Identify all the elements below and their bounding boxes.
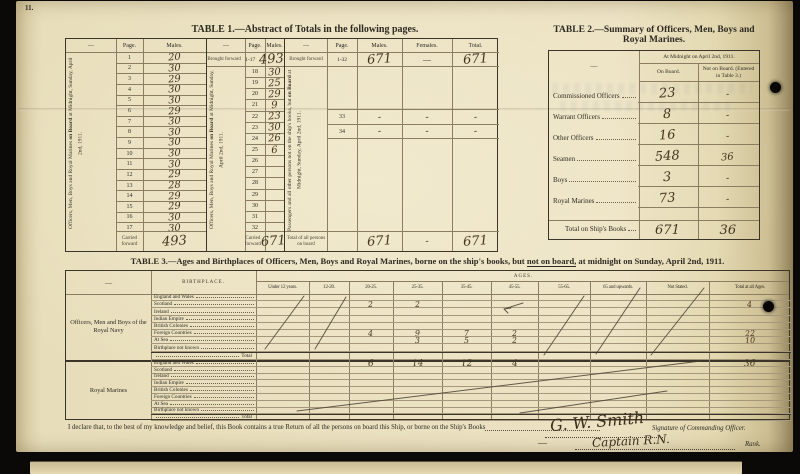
table3-title-text: at midnight on Sunday, April 2nd, 1911.: [576, 256, 724, 266]
age-value-cell: [709, 408, 791, 414]
age-value-cell: [709, 374, 791, 380]
page-number: 24: [245, 136, 265, 142]
age-value-cell: 5: [442, 330, 491, 336]
age-column-header: 65 and upwards.: [590, 281, 646, 294]
page-number: 26: [245, 158, 265, 164]
age-value-cell: [349, 360, 393, 366]
age-value-cell: [442, 394, 491, 400]
birthplace-label: At Sea: [154, 337, 168, 343]
birthplace-label: England and Wales: [154, 360, 194, 366]
table1a-header-row: — Page. Males.: [66, 39, 206, 53]
corner-dash: —: [285, 43, 327, 49]
total-label-cell: Total: [151, 353, 256, 359]
table2-summary: — At Midnight on April 2nd, 1911. On Boa…: [548, 50, 760, 240]
category-label-cell: Other Officers: [549, 134, 638, 145]
age-value-cell: [709, 308, 791, 314]
age-value-cell: [538, 301, 590, 307]
age-value-cell: [309, 374, 349, 380]
not-on-board-value: 36: [721, 153, 734, 163]
age-value-cell: [538, 394, 590, 400]
table1a-rows: 1202303294305306297308309301030113012291…: [116, 53, 206, 233]
total-males-value: 671: [357, 234, 403, 248]
age-value-cell: [538, 294, 590, 300]
page-number: 25: [245, 147, 265, 153]
age-value-cell: [442, 301, 491, 307]
table1-title: TABLE 1.—Abstract of Totals in the follo…: [70, 24, 540, 35]
age-value-cell: [393, 380, 442, 386]
side-label-text: Officers, Men, Boys and Royal Marines: [209, 140, 215, 229]
birthplace-cell: Ireland: [151, 374, 256, 380]
page-number: 8: [116, 129, 143, 135]
age-column-header: 45-55.: [491, 281, 538, 294]
age-value-cell: [442, 367, 491, 373]
age-value-cell: [590, 380, 646, 386]
page-number: 10: [116, 151, 143, 157]
declaration-text: I declare that, to the best of my knowle…: [68, 424, 485, 431]
age-value-cell: [646, 330, 709, 336]
age-value-cell: [709, 360, 791, 366]
age-value-cell: [491, 294, 538, 300]
table1-section-pages-1-17: — Page. Males. Officers, Men, Boys and R…: [66, 39, 206, 251]
not-on-board-cell: -: [697, 126, 759, 145]
brought-forward-value: 493: [259, 53, 285, 66]
age-value-cell: [646, 323, 709, 329]
total-total-value: 671: [452, 234, 500, 248]
brought-forward-label: Brought forward: [207, 57, 241, 63]
page-number: 12: [116, 172, 143, 178]
total-column-header: Total.: [452, 43, 499, 49]
on-board-value: 8: [663, 109, 672, 121]
page-number: 28: [245, 180, 265, 186]
males-value: [265, 216, 284, 217]
age-value-cell: [256, 301, 309, 307]
age-value-cell: [349, 344, 393, 350]
total-persons-label: Total of all persons on board: [285, 236, 327, 247]
males-value: [265, 227, 284, 228]
page-number: 15: [116, 204, 143, 210]
birthplace-cell: At Sea: [151, 401, 256, 407]
table1b-rows: 1830192520292192223233024262562627282930…: [245, 67, 284, 233]
age-column-header: Not Stated.: [646, 281, 709, 294]
age-value-cell: [349, 394, 393, 400]
table1b-carried-forward-row: Carried forward 671: [245, 231, 284, 251]
age-value-cell: [590, 401, 646, 407]
age-value-cell: [491, 408, 538, 414]
age-value-cell: [442, 387, 491, 393]
category-label: Royal Marines: [553, 197, 594, 205]
total-value-cell: [590, 353, 646, 359]
side-label-text: Passengers and all other persons not on …: [287, 97, 293, 231]
rank-dash: —: [538, 438, 547, 448]
table-row: 329: [116, 73, 206, 84]
age-value-cell: [590, 323, 646, 329]
table-row: 26: [245, 155, 284, 166]
age-value-cell: [538, 360, 590, 366]
age-value-cell: [349, 374, 393, 380]
table2-total-row: Total on Ship's Books 671 36: [549, 220, 759, 239]
age-value-cell: [590, 301, 646, 307]
page-number: 14: [116, 193, 143, 199]
table-row: 28: [245, 177, 284, 188]
total-value-cell: [309, 415, 349, 420]
table1c-total-row: Total of all persons on board 671 - 671: [285, 231, 499, 251]
age-value-cell: [491, 360, 538, 366]
age-value-cell: [393, 401, 442, 407]
table-row: 34---: [327, 124, 499, 139]
table3-title: TABLE 3.—Ages and Birthplaces of Officer…: [65, 256, 790, 266]
not-on-board-header: Not on Board. (Entered in Table 3.): [698, 64, 759, 82]
table1b-brought-forward-row: Brought forward 1-17 493: [207, 53, 284, 67]
age-value-cell: [646, 401, 709, 407]
birthplace-cell: Foreign Countries: [151, 330, 256, 336]
age-value-cell: [491, 374, 538, 380]
females-value: -: [402, 125, 453, 137]
age-value-cell: [393, 337, 442, 343]
page-number: 20: [245, 91, 265, 97]
age-value-cell: [491, 308, 538, 314]
not-on-board-cell: -: [697, 189, 759, 208]
birthplace-label: British Colonies: [154, 387, 188, 393]
next-page-edge: [30, 461, 742, 474]
age-value-cell: [442, 294, 491, 300]
rank-label: Rank.: [745, 441, 761, 448]
table2-title: TABLE 2.—Summary of Officers, Men, Boys …: [546, 26, 762, 46]
age-value-cell: [538, 367, 590, 373]
age-value-cell: [349, 330, 393, 336]
age-value-cell: [256, 367, 309, 373]
males-value: 6: [265, 145, 285, 155]
table-row: 2330: [245, 122, 284, 133]
total-females-value: -: [402, 235, 453, 247]
age-value-cell: [349, 387, 393, 393]
age-value-cell: [349, 316, 393, 322]
on-board-cell: 23: [638, 84, 696, 103]
age-value-cell: [256, 380, 309, 386]
males-value: [265, 172, 284, 173]
age-value-cell: [538, 374, 590, 380]
age-value-cell: [538, 344, 590, 350]
page-number: 13: [116, 183, 143, 189]
total-value-cell: [393, 415, 442, 420]
on-board-value: 3: [663, 172, 672, 184]
on-board-header: On Board.: [639, 64, 698, 82]
table-row: 830: [116, 126, 206, 137]
age-value-cell: [309, 308, 349, 314]
age-value-cell: [590, 367, 646, 373]
age-value-cell: [590, 330, 646, 336]
birthplace-label: Scotland: [154, 301, 172, 307]
age-value-cell: [538, 387, 590, 393]
birthplace-cell: British Colonies: [151, 323, 256, 329]
birthplace-cell: At Sea: [151, 337, 256, 343]
total-value-cell: [709, 415, 791, 420]
females-column-header: Females.: [402, 43, 452, 49]
age-value-cell: [256, 408, 309, 414]
birthplace-label: At Sea: [154, 401, 168, 407]
birthplace-label: Foreign Countries: [154, 330, 192, 336]
punch-hole-top: [770, 82, 781, 93]
age-column-header: 55-65.: [538, 281, 590, 294]
table-row: 230: [116, 63, 206, 74]
males-value: [265, 161, 284, 162]
table1c-rows: 33---34---: [327, 109, 499, 139]
age-value-cell: [590, 344, 646, 350]
category-label: Seamen: [553, 155, 575, 163]
males-value: 9: [265, 100, 285, 110]
age-value-cell: [309, 337, 349, 343]
not-on-board-value: -: [726, 174, 730, 183]
age-value-cell: [309, 323, 349, 329]
table-row: 1429: [116, 190, 206, 201]
age-value-cell: [442, 344, 491, 350]
table-row: Commissioned Officers23-: [549, 82, 759, 103]
males-value: -: [357, 125, 403, 137]
category-label-cell: Royal Marines: [549, 197, 638, 208]
age-value-cell: [491, 344, 538, 350]
table1a-carried-forward-row: Carried forward 493: [116, 231, 206, 251]
total-value-cell: 12: [442, 353, 491, 359]
corner-dash: —: [207, 43, 245, 49]
ages-header: AGES.: [256, 271, 791, 281]
table-row: 930: [116, 137, 206, 148]
age-value-cell: [309, 367, 349, 373]
not-on-board-value: -: [726, 90, 730, 99]
age-value-cell: [590, 360, 646, 366]
males-value: -: [357, 111, 403, 123]
birthplace-cell: Indian Empire: [151, 380, 256, 386]
age-value-cell: 7: [442, 323, 491, 329]
not-on-board-value: -: [726, 132, 730, 141]
age-value-cell: [491, 337, 538, 343]
brought-males-value: 671: [357, 52, 403, 66]
side-label-text: Officers, Men, Boys and Royal Marines: [68, 139, 74, 228]
brought-forward-pages: 1-17: [241, 57, 259, 63]
birthplace-cell: Scotland: [151, 301, 256, 307]
brought-total-value: 671: [452, 52, 500, 66]
table-row: 2223: [245, 111, 284, 122]
table-row: 29: [245, 189, 284, 200]
age-value-cell: 10: [709, 330, 791, 336]
age-value-cell: [538, 337, 590, 343]
age-value-cell: 4: [349, 323, 393, 329]
not-on-board-cell: -: [697, 105, 759, 124]
table-row: 27: [245, 166, 284, 177]
age-value-cell: [646, 344, 709, 350]
age-value-cell: [538, 330, 590, 336]
age-value-cell: [442, 374, 491, 380]
age-value-cell: [349, 401, 393, 407]
table1-section-pages-18-32: — Page. Males. Brought forward 1-17 493 …: [206, 39, 284, 251]
age-value-cell: [538, 323, 590, 329]
not-on-board-cell: 36: [697, 147, 759, 166]
table2-rows: Commissioned Officers23-Warrant Officers…: [549, 82, 759, 208]
age-value-cell: [646, 360, 709, 366]
table-row: 2426: [245, 133, 284, 144]
total-value-cell: [309, 353, 349, 359]
corner-dash: —: [66, 271, 151, 294]
age-value-cell: [442, 401, 491, 407]
page-number: 5: [116, 97, 143, 103]
birthplace-label: Ireland: [154, 309, 169, 315]
category-label-cell: Boys: [549, 176, 638, 187]
age-value-cell: 4: [709, 294, 791, 300]
corner-dash: —: [569, 59, 619, 73]
age-column-header: 25-35.: [393, 281, 442, 294]
table-row: 730: [116, 116, 206, 127]
brought-females-value: —: [402, 55, 452, 64]
total-label: Total: [241, 353, 252, 359]
on-board-cell: 8: [638, 105, 696, 124]
table-row: 1229: [116, 169, 206, 180]
age-value-cell: [309, 294, 349, 300]
age-value-cell: [309, 380, 349, 386]
not-on-board-cell: -: [697, 168, 759, 187]
total-label-cell: Total: [151, 415, 256, 420]
age-value-cell: [256, 330, 309, 336]
signature-rule: [545, 437, 663, 438]
page-number: 11.: [25, 4, 33, 12]
age-column-header: 35-45.: [442, 281, 491, 294]
age-value-cell: [646, 367, 709, 373]
carried-forward-value: 493: [143, 234, 207, 249]
age-value-cell: [309, 330, 349, 336]
page-number: 27: [245, 169, 265, 175]
age-value-cell: [393, 394, 442, 400]
age-value-cell: [442, 337, 491, 343]
females-value: -: [402, 111, 453, 123]
age-value-cell: 2: [491, 323, 538, 329]
age-value-cell: [538, 316, 590, 322]
age-value-cell: [709, 344, 791, 350]
table2-title-line2: Royal Marines.: [546, 36, 762, 46]
age-value-cell: [538, 380, 590, 386]
age-value-cell: [590, 294, 646, 300]
total-value-cell: [349, 415, 393, 420]
page-number: 21: [245, 102, 265, 108]
birthplace-label: Indian Empire: [154, 380, 184, 386]
birthplace-cell: England and Wales: [151, 360, 256, 366]
age-value-cell: [491, 387, 538, 393]
side-label-bold: on Board: [287, 75, 293, 97]
on-board-cell: 73: [638, 189, 696, 208]
males-value: [265, 205, 284, 206]
page-number: 29: [245, 192, 265, 198]
page-column-header: Page.: [327, 43, 357, 49]
age-value-cell: 3: [393, 330, 442, 336]
table-row: 30: [245, 200, 284, 211]
age-value-cell: [256, 337, 309, 343]
page-number: 31: [245, 214, 265, 220]
age-value-cell: [442, 316, 491, 322]
birthplace-cell: Foreign Countries: [151, 394, 256, 400]
table-row: 629: [116, 105, 206, 116]
page-number: 4: [116, 87, 143, 93]
table1c-brought-forward-row: Brought forward 1-32 671 — 671: [285, 53, 499, 67]
males-value: 25: [265, 78, 285, 88]
page-number: 1: [116, 55, 143, 61]
age-value-cell: [491, 394, 538, 400]
table-row: Royal Marines73-: [549, 187, 759, 208]
rank-rule: [575, 449, 735, 450]
page-number: 22: [245, 114, 265, 120]
age-value-cell: [491, 316, 538, 322]
age-value-cell: [256, 394, 309, 400]
total-value-cell: [256, 353, 309, 359]
age-value-cell: [590, 387, 646, 393]
age-value-cell: [349, 367, 393, 373]
age-value-cell: [349, 308, 393, 314]
table-row: 1630: [116, 212, 206, 223]
age-value-cell: [256, 323, 309, 329]
table3-title-underlined: not on board,: [527, 256, 576, 267]
total-value-cell: [256, 415, 309, 420]
crew-on-board-side-label: Officers, Men, Boys and Royal Marines on…: [66, 53, 116, 233]
age-value-cell: [646, 408, 709, 414]
birthplace-label: Birthplace not known: [154, 345, 199, 351]
table-row: Boys3-: [549, 166, 759, 187]
age-value-cell: [442, 380, 491, 386]
age-value-cell: [709, 367, 791, 373]
age-value-cell: [309, 344, 349, 350]
males-value: 29: [265, 89, 285, 99]
on-board-value: 23: [659, 87, 676, 99]
age-value-cell: [646, 337, 709, 343]
table1-abstract-of-totals: — Page. Males. Officers, Men, Boys and R…: [65, 38, 498, 252]
corner-dash: —: [66, 43, 116, 49]
birthplace-cell: Birthplace not known: [151, 408, 256, 414]
total-value-cell: [646, 415, 709, 420]
table-row: 2029: [245, 88, 284, 99]
age-value-cell: [349, 408, 393, 414]
birthplace-cell: Birthplace not known: [151, 344, 256, 350]
birthplace-cell: British Colonies: [151, 387, 256, 393]
age-value-cell: [256, 308, 309, 314]
page-number: 34: [327, 129, 357, 135]
age-value-cell: [256, 387, 309, 393]
age-value-cell: [393, 360, 442, 366]
birthplace-label: British Colonies: [154, 323, 188, 329]
page-number: 7: [116, 119, 143, 125]
total-value-cell: 36: [709, 353, 791, 359]
total-not-on-board-value: 36: [720, 223, 737, 238]
age-value-cell: [646, 380, 709, 386]
category-label-cell: Warrant Officers: [549, 113, 638, 124]
age-value-cell: [309, 360, 349, 366]
table-row: Other Officers16-: [549, 124, 759, 145]
page-number: 30: [245, 203, 265, 209]
age-value-cell: [309, 408, 349, 414]
age-value-cell: [590, 316, 646, 322]
total-value-cell: [538, 353, 590, 359]
page-number: 16: [116, 214, 143, 220]
table-row: 1030: [116, 148, 206, 159]
birthplace-label: England and Wales: [154, 294, 194, 300]
males-value: [265, 183, 284, 184]
page-number: 6: [116, 108, 143, 114]
age-value-cell: [491, 380, 538, 386]
table-row: 219: [245, 99, 284, 110]
table-row: 1925: [245, 77, 284, 88]
table-row: 1529: [116, 201, 206, 212]
age-value-cell: [309, 316, 349, 322]
males-value: [265, 194, 284, 195]
birthplace-header: BIRTHPLACE.: [151, 271, 256, 294]
age-value-cell: [393, 316, 442, 322]
table-row: Birthplace not known: [151, 344, 791, 351]
total-value: -: [452, 111, 500, 123]
age-value-cell: [256, 344, 309, 350]
page-column-header: Page.: [245, 43, 265, 49]
